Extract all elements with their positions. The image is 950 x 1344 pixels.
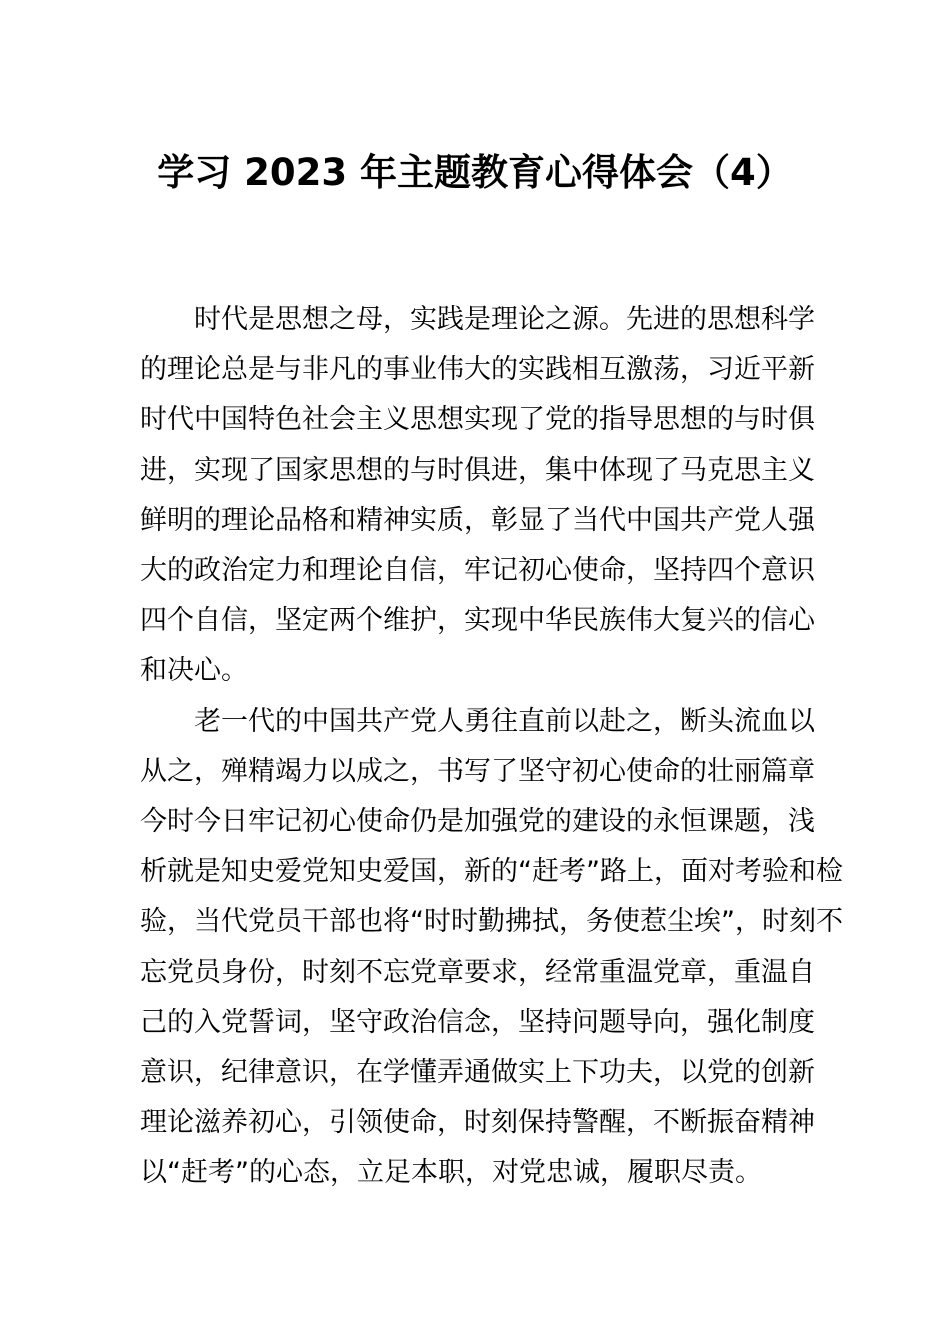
text-line: 大的政治定力和理论自信，牢记初心使命，坚持四个意识 bbox=[140, 546, 810, 596]
text-line: 己的入党誓词，坚守政治信念，坚持问题导向，强化制度 bbox=[140, 998, 810, 1048]
text-line: 时代中国特色社会主义思想实现了党的指导思想的与时俱 bbox=[140, 395, 810, 445]
text-line: 析就是知史爱党知史爱国，新的“赶考”路上，面对考验和检 bbox=[140, 847, 810, 897]
text-line: 老一代的中国共产党人勇往直前以赴之，断头流血以 bbox=[140, 697, 810, 747]
document-page: 学习 2023 年主题教育心得体会（4） 时代是思想之母，实践是理论之源。先进的… bbox=[0, 0, 950, 1344]
text-line: 意识，纪律意识，在学懂弄通做实上下功夫，以党的创新 bbox=[140, 1048, 810, 1098]
text-line: 时代是思想之母，实践是理论之源。先进的思想科学 bbox=[140, 295, 810, 345]
text-line: 忘党员身份，时刻不忘党章要求，经常重温党章，重温自 bbox=[140, 948, 810, 998]
text-line: 理论滋养初心，引领使命，时刻保持警醒，不断振奋精神 bbox=[140, 1098, 810, 1148]
paragraph: 时代是思想之母，实践是理论之源。先进的思想科学的理论总是与非凡的事业伟大的实践相… bbox=[140, 295, 810, 697]
text-line: 进，实现了国家思想的与时俱进，集中体现了马克思主义 bbox=[140, 446, 810, 496]
text-line: 以“赶考”的心态，立足本职，对党忠诚，履职尽责。 bbox=[140, 1148, 810, 1198]
text-line: 从之，殚精竭力以成之，书写了坚守初心使命的壮丽篇章 bbox=[140, 747, 810, 797]
text-line: 四个自信，坚定两个维护，实现中华民族伟大复兴的信心 bbox=[140, 596, 810, 646]
text-line: 验，当代党员干部也将“时时勤拂拭，务使惹尘埃”，时刻不 bbox=[140, 897, 810, 947]
text-line: 的理论总是与非凡的事业伟大的实践相互激荡，习近平新 bbox=[140, 345, 810, 395]
paragraph: 老一代的中国共产党人勇往直前以赴之，断头流血以从之，殚精竭力以成之，书写了坚守初… bbox=[140, 697, 810, 1199]
document-title: 学习 2023 年主题教育心得体会（4） bbox=[0, 0, 950, 196]
text-line: 今时今日牢记初心使命仍是加强党的建设的永恒课题，浅 bbox=[140, 797, 810, 847]
text-line: 和决心。 bbox=[140, 646, 810, 696]
document-body: 时代是思想之母，实践是理论之源。先进的思想科学的理论总是与非凡的事业伟大的实践相… bbox=[140, 295, 810, 1199]
text-line: 鲜明的理论品格和精神实质，彰显了当代中国共产党人强 bbox=[140, 496, 810, 546]
